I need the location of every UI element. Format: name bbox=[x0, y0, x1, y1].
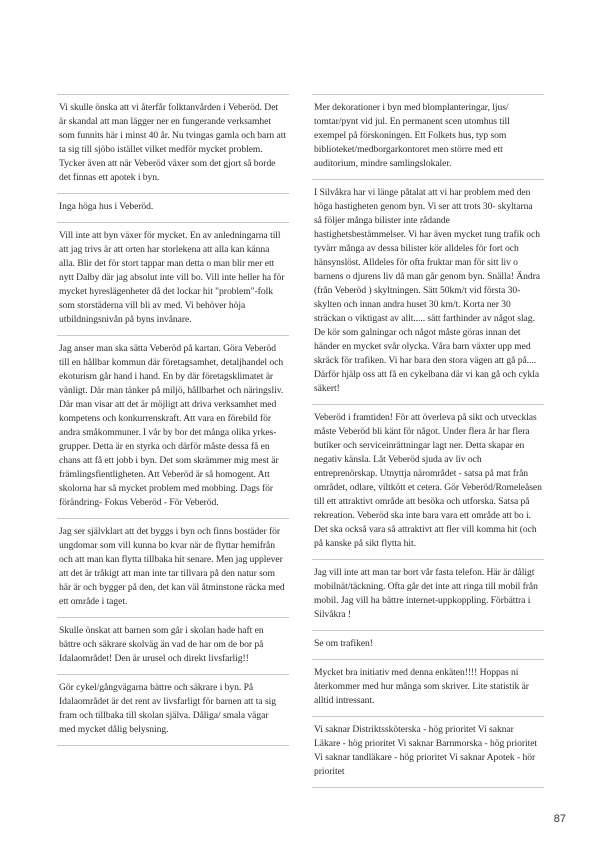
comment-entry: Mycket bra initiativ med denna enkäten!!… bbox=[312, 659, 544, 716]
comment-entry: Vill inte att byn växer för mycket. En a… bbox=[57, 222, 289, 335]
document-page: Vi skulle önska att vi återfår folktanvå… bbox=[0, 0, 594, 841]
comment-entry: Jag vill inte att man tar bort vår fasta… bbox=[312, 559, 544, 630]
comment-entry: Gör cykel/gångvägarna bättre och säkrare… bbox=[57, 674, 289, 746]
comment-entry: Veberöd i framtiden! För att överleva på… bbox=[312, 404, 544, 559]
comment-entry: Skulle önskat att barnen som går i skola… bbox=[57, 617, 289, 674]
comment-entry: Inga höga hus i Veberöd. bbox=[57, 193, 289, 222]
comment-entry: Vi skulle önska att vi återfår folktanvå… bbox=[57, 94, 289, 193]
page-number: 87 bbox=[554, 813, 566, 825]
comment-entry: I Silvåkra har vi länge påtalat att vi h… bbox=[312, 179, 544, 404]
comment-entry: Vi saknar Distriktssköterska - hög prior… bbox=[312, 716, 544, 788]
comment-entry: Se om trafiken! bbox=[312, 630, 544, 659]
left-column: Vi skulle önska att vi återfår folktanvå… bbox=[57, 94, 289, 746]
comment-entry: Jag anser man ska sätta Veberöd på karta… bbox=[57, 335, 289, 518]
comment-entry: Jag ser självklart att det byggs i byn o… bbox=[57, 518, 289, 617]
right-column: Mer dekorationer i byn med blomplanterin… bbox=[312, 94, 544, 788]
comment-entry: Mer dekorationer i byn med blomplanterin… bbox=[312, 94, 544, 179]
